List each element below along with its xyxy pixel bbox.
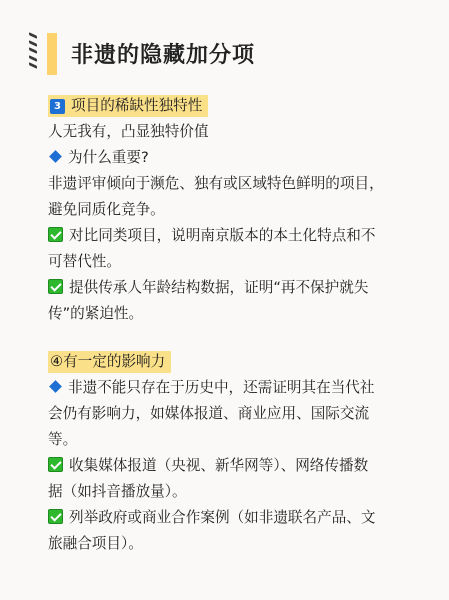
section-4-heading: ④有一定的影响力 — [48, 351, 171, 373]
point-line: 会仍有影响力，如媒体报道、商业应用、国际交流 — [48, 401, 438, 427]
dashes-decoration — [29, 34, 39, 76]
check-mark-icon — [48, 457, 63, 472]
check-item-cont: 据（如抖音播放量）。 — [48, 479, 438, 505]
why-text-line: 非遗评审倾向于濒危、独有或区域特色鲜明的项目， — [48, 171, 438, 197]
section-3-subtitle: 人无我有，凸显独特价值 — [48, 119, 438, 145]
point-line: 非遗不能只存在于历史中，还需证明其在当代社 — [48, 375, 438, 401]
page-title: 非遗的隐藏加分项 — [71, 38, 255, 69]
check-mark-icon — [48, 279, 63, 294]
check-item-cont: 旅融合项目）。 — [48, 531, 438, 557]
check-item: 对比同类项目，说明南京版本的本土化特点和不 — [48, 223, 438, 249]
check-item-cont: 传”的紧迫性。 — [48, 301, 438, 327]
section-3-heading: 3项目的稀缺性独特性 — [48, 95, 208, 117]
point-line: 等。 — [48, 427, 438, 453]
check-mark-icon — [48, 509, 63, 524]
header: 非遗的隐藏加分项 — [0, 30, 449, 76]
check-item: 列举政府或商业合作案例（如非遗联名产品、文 — [48, 505, 438, 531]
check-mark-icon — [48, 227, 63, 242]
blue-diamond-icon — [49, 150, 62, 163]
check-item: 提供传承人年龄结构数据，证明“再不保护就失 — [48, 275, 438, 301]
check-item-cont: 可替代性。 — [48, 249, 438, 275]
why-important-label: 为什么重要? — [48, 145, 438, 171]
check-item: 收集媒体报道（央视、新华网等）、网络传播数 — [48, 453, 438, 479]
blue-diamond-icon — [49, 380, 62, 393]
yellow-accent-bar — [47, 33, 57, 75]
number-3-badge-icon: 3 — [50, 99, 65, 114]
why-text-line: 避免同质化竞争。 — [48, 197, 438, 223]
content: 3项目的稀缺性独特性 人无我有，凸显独特价值 为什么重要? 非遗评审倾向于濒危、… — [48, 93, 438, 557]
